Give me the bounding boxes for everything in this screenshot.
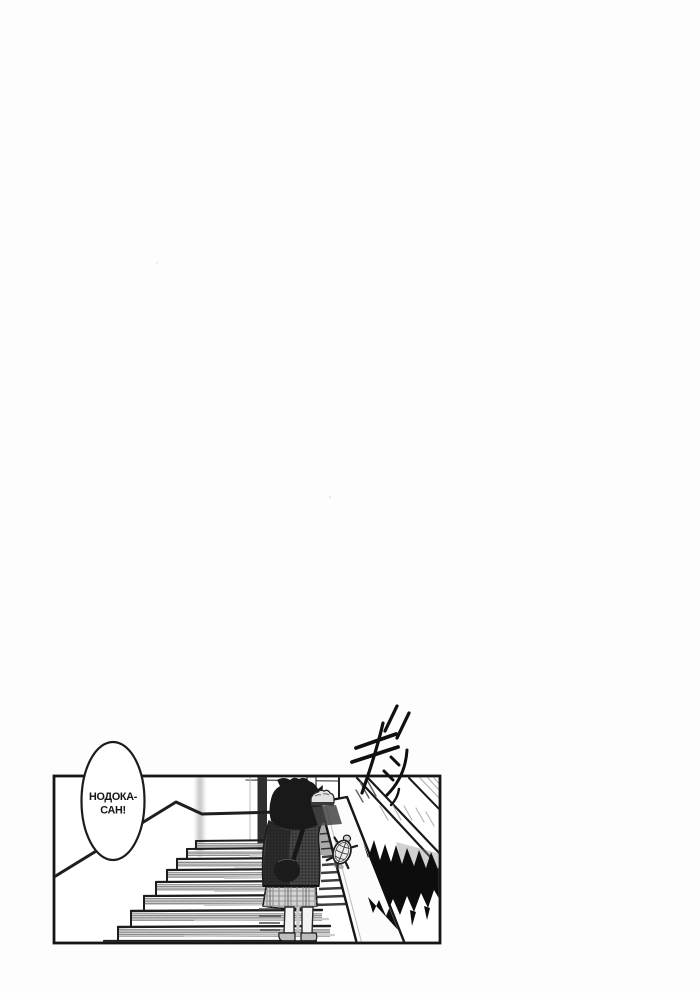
manga-page: НОДОКА- САН! — [0, 0, 700, 993]
manga-panel-illustration: НОДОКА- САН! — [0, 0, 700, 993]
speech-bubble: НОДОКА- САН! — [82, 742, 145, 860]
speech-bubble-line1: НОДОКА- — [89, 791, 138, 803]
girl-legs — [284, 907, 313, 934]
speech-bubble-line2: САН! — [100, 805, 126, 817]
